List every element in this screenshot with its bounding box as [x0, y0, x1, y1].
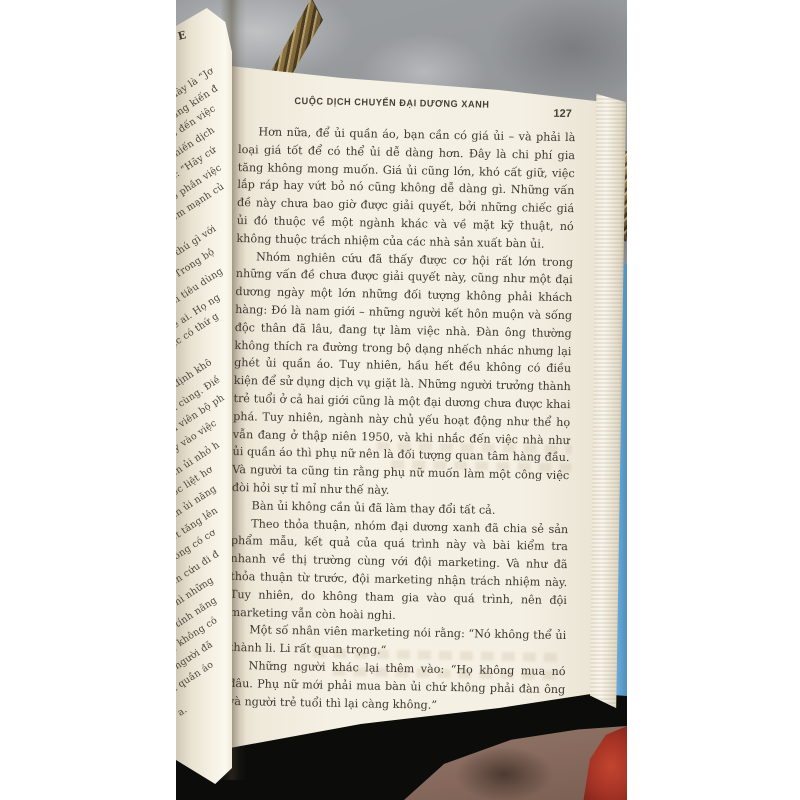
paragraph: Theo thỏa thuận, nhóm đại dương xanh đã … — [229, 514, 568, 627]
right-page-content: CUỘC DỊCH CHUYỂN ĐẠI DƯƠNG XANH 127 Hơn … — [220, 0, 587, 800]
paragraph: Một số nhân viên marketing nói rằng: “Nó… — [229, 621, 567, 663]
running-header: CUỘC DỊCH CHUYỂN ĐẠI DƯƠNG XANH — [273, 96, 511, 111]
left-page-fragment: E — [177, 29, 188, 43]
white-canvas: C CUỘC DỊCH CHUYỂN ĐẠI DƯƠNG XANH 127 Hơ… — [0, 0, 800, 800]
left-page-fragment: a. — [176, 704, 189, 718]
page-body-text: Hơn nữa, để ủi quần áo, bạn cần có giá ủ… — [228, 123, 576, 716]
left-page-curled: E này là “Jơ sáng kiến đ ập đến việc chi… — [176, 0, 232, 800]
paragraph: Hơn nữa, để ủi quần áo, bạn cần có giá ủ… — [236, 123, 575, 254]
paragraph: Những người khác lại thêm vào: “Họ không… — [228, 657, 566, 717]
page-number: 127 — [553, 108, 572, 120]
paragraph: Nhóm nghiên cứu đã thấy được cơ hội rất … — [232, 248, 574, 503]
page-header: CUỘC DỊCH CHUYỂN ĐẠI DƯƠNG XANH 127 — [239, 95, 576, 117]
book-photo: C CUỘC DỊCH CHUYỂN ĐẠI DƯƠNG XANH 127 Hơ… — [176, 0, 627, 800]
